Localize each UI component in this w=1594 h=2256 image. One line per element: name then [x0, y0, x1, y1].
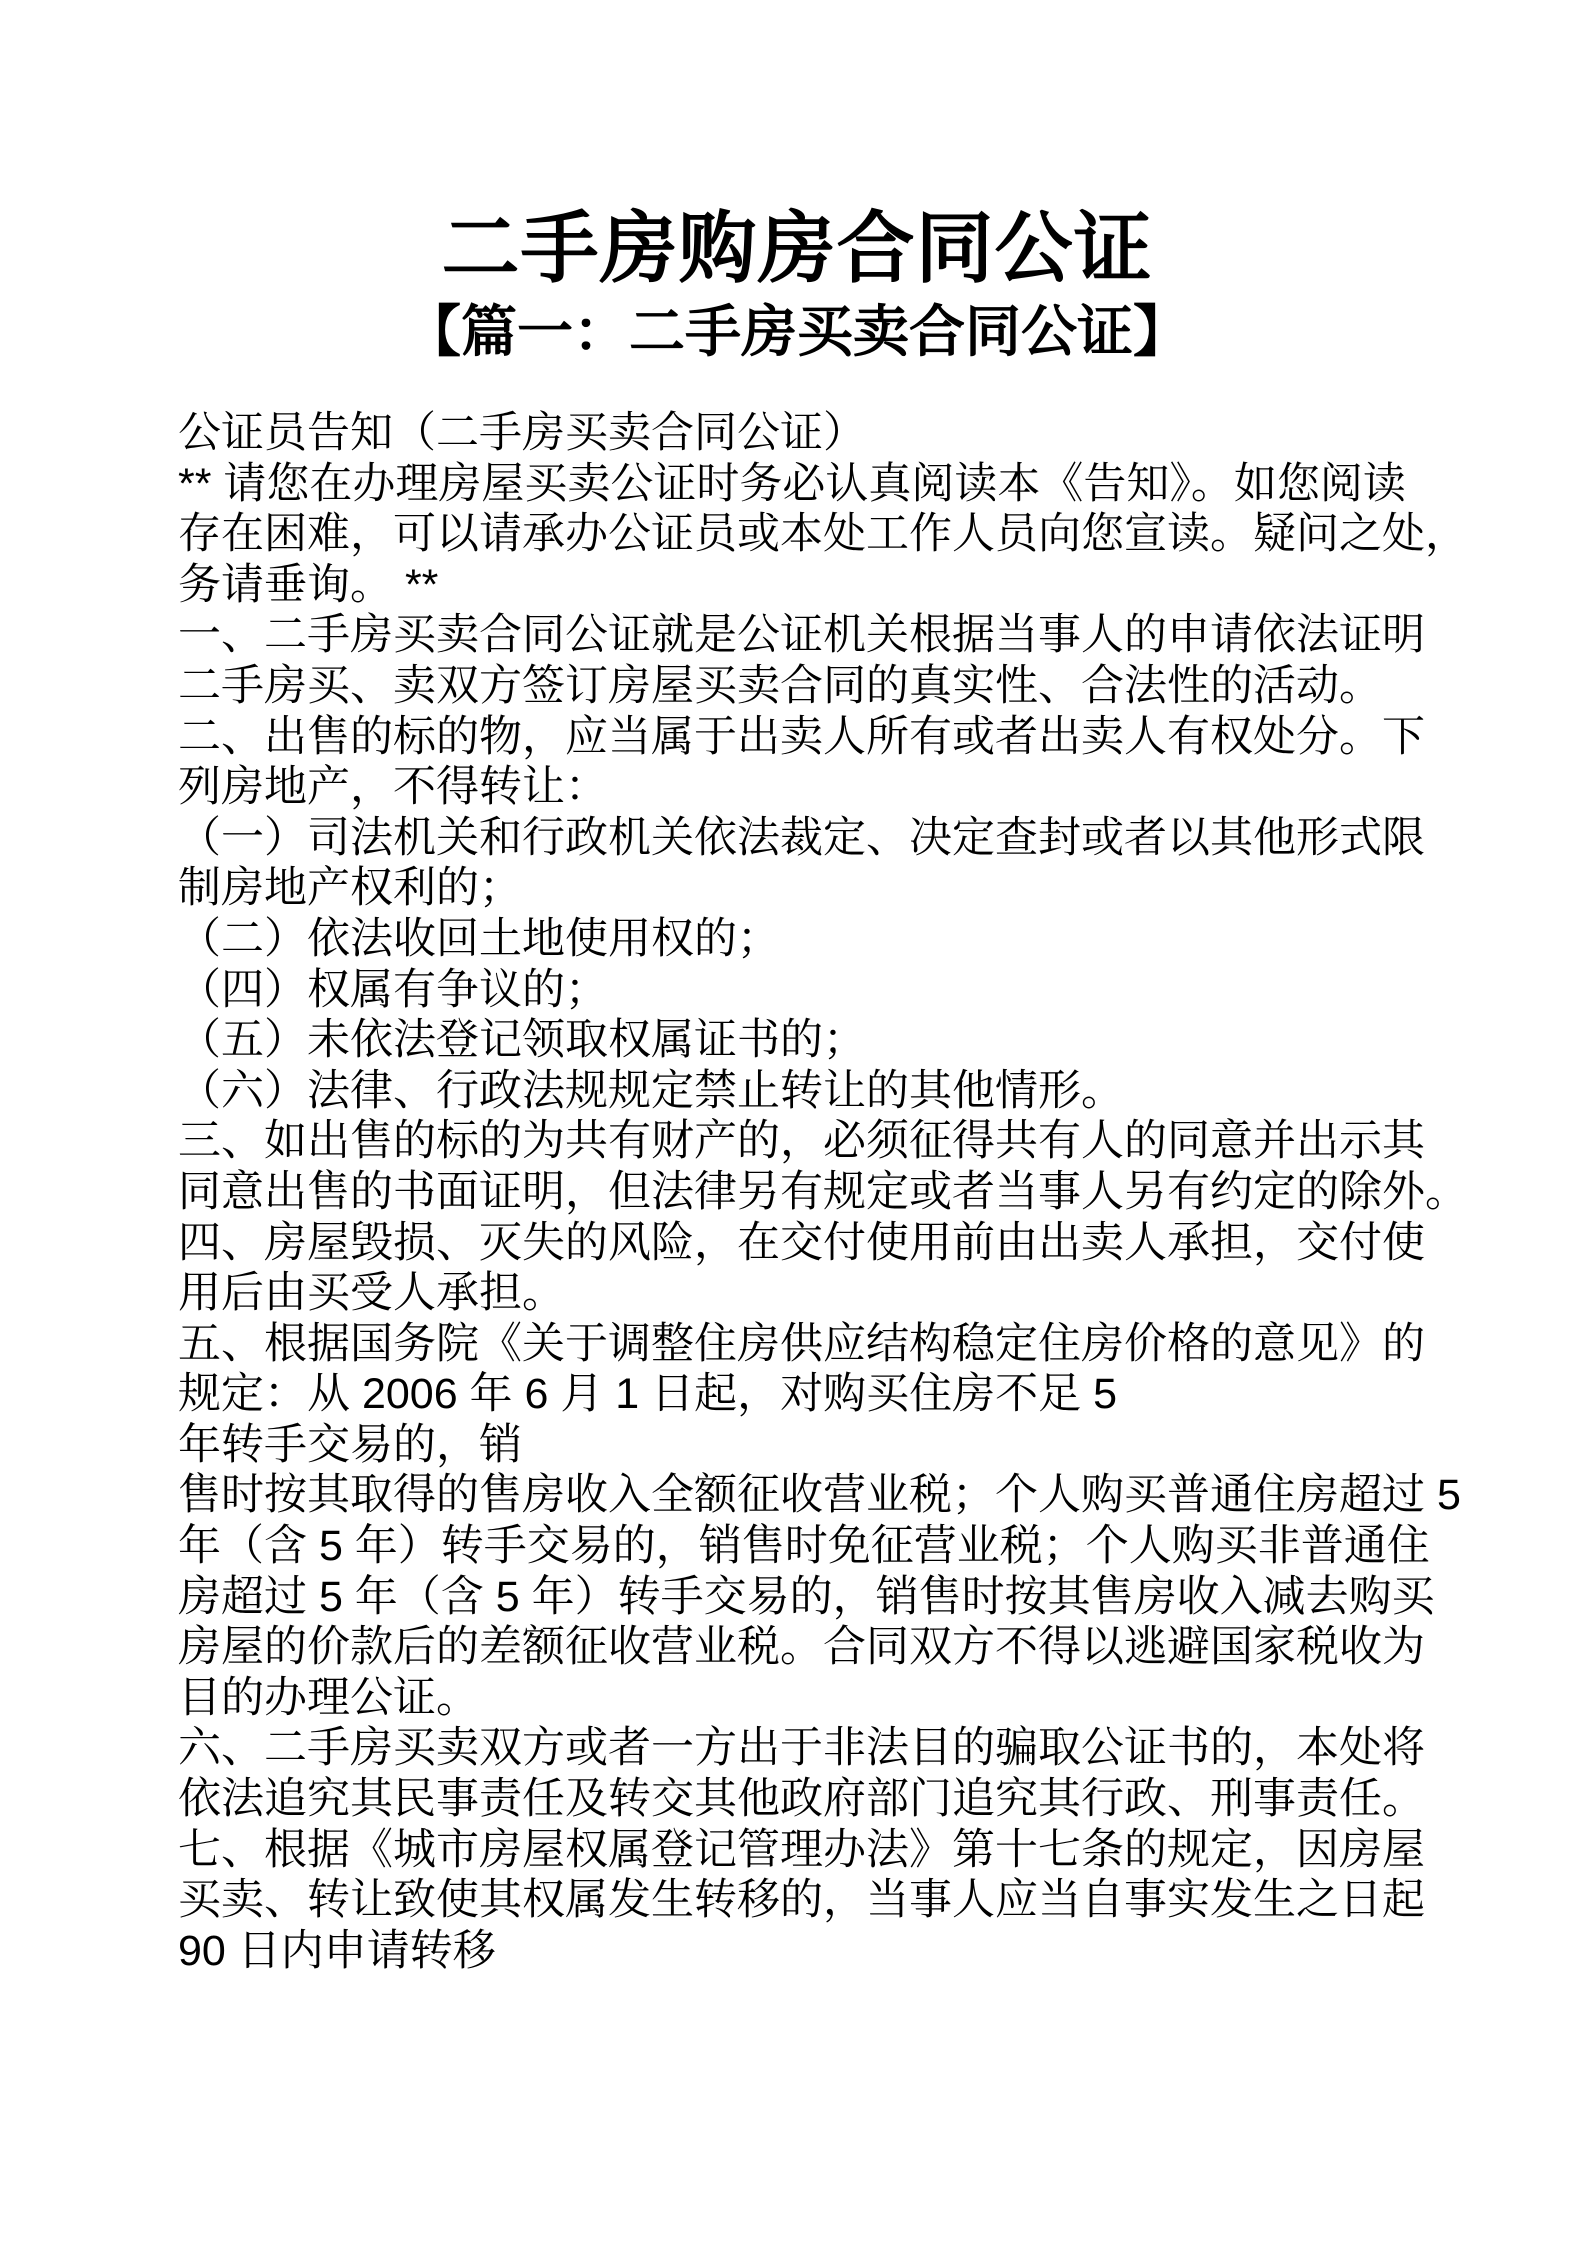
- body-line: （四）权属有争议的；: [178, 965, 1434, 1016]
- body-line: 五、根据国务院《关于调整住房供应结构稳定住房价格的意见》的: [178, 1319, 1434, 1370]
- body-line: 同意出售的书面证明，但法律另有规定或者当事人另有约定的除外。: [178, 1167, 1434, 1218]
- body-line: 售时按其取得的售房收入全额征收营业税；个人购买普通住房超过 5: [178, 1470, 1434, 1521]
- body-line: 制房地产权利的；: [178, 863, 1434, 914]
- body-line: 三、如出售的标的为共有财产的，必须征得共有人的同意并出示其: [178, 1116, 1434, 1167]
- body-line: 依法追究其民事责任及转交其他政府部门追究其行政、刑事责任。: [178, 1774, 1434, 1825]
- body-line: 七、根据《城市房屋权属登记管理办法》第十七条的规定，因房屋: [178, 1825, 1434, 1876]
- body-line: 一、二手房买卖合同公证就是公证机关根据当事人的申请依法证明: [178, 610, 1434, 661]
- body-line: （五）未依法登记领取权属证书的；: [178, 1015, 1434, 1066]
- body-line: 列房地产，不得转让：: [178, 762, 1434, 813]
- body-line: ** 请您在办理房屋买卖公证时务必认真阅读本《告知》。如您阅读: [178, 459, 1434, 510]
- body-line: 目的办理公证。: [178, 1673, 1434, 1724]
- body-line: 房屋的价款后的差额征收营业税。合同双方不得以逃避国家税收为: [178, 1622, 1434, 1673]
- body-line: 房超过 5 年（含 5 年）转手交易的，销售时按其售房收入减去购买: [178, 1572, 1434, 1623]
- body-line: （六）法律、行政法规规定禁止转让的其他情形。: [178, 1066, 1434, 1117]
- document-subtitle: 【篇一：二手房买卖合同公证】: [0, 300, 1594, 364]
- body-line: 二、出售的标的物，应当属于出卖人所有或者出卖人有权处分。下: [178, 712, 1434, 763]
- document-title: 二手房购房合同公证: [0, 200, 1594, 296]
- body-line: 四、房屋毁损、灭失的风险，在交付使用前由出卖人承担，交付使: [178, 1218, 1434, 1269]
- body-line: 买卖、转让致使其权属发生转移的，当事人应当自事实发生之日起: [178, 1875, 1434, 1926]
- body-line: 规定：从 2006 年 6 月 1 日起，对购买住房不足 5: [178, 1369, 1434, 1420]
- document-page: 二手房购房合同公证 【篇一：二手房买卖合同公证】 公证员告知（二手房买卖合同公证…: [0, 0, 1594, 2256]
- document-body: 公证员告知（二手房买卖合同公证）** 请您在办理房屋买卖公证时务必认真阅读本《告…: [178, 408, 1434, 1976]
- body-line: 六、二手房买卖双方或者一方出于非法目的骗取公证书的，本处将: [178, 1723, 1434, 1774]
- body-line: 用后由买受人承担。: [178, 1268, 1434, 1319]
- body-line: 年转手交易的，销: [178, 1420, 1434, 1471]
- body-line: 二手房买、卖双方签订房屋买卖合同的真实性、合法性的活动。: [178, 661, 1434, 712]
- body-line: 90 日内申请转移: [178, 1926, 1434, 1977]
- body-line: 公证员告知（二手房买卖合同公证）: [178, 408, 1434, 459]
- body-line: 务请垂询。 **: [178, 560, 1434, 611]
- body-line: （二）依法收回土地使用权的；: [178, 914, 1434, 965]
- body-line: （一）司法机关和行政机关依法裁定、决定查封或者以其他形式限: [178, 813, 1434, 864]
- body-line: 年（含 5 年）转手交易的，销售时免征营业税；个人购买非普通住: [178, 1521, 1434, 1572]
- body-line: 存在困难，可以请承办公证员或本处工作人员向您宣读。疑问之处，: [178, 509, 1434, 560]
